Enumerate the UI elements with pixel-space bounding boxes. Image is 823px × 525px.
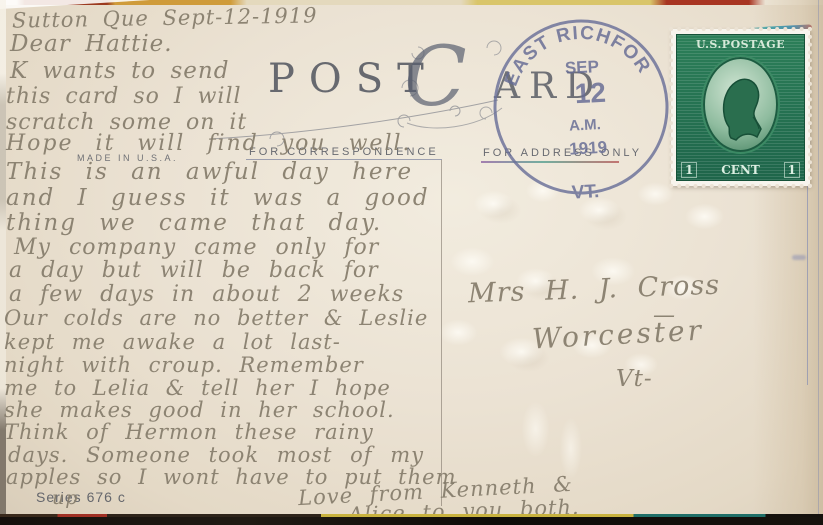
- stamp-portrait-oval: [703, 57, 778, 152]
- address-name: Mrs H. J. Cross: [468, 270, 721, 310]
- postage-stamp: U.S.POSTAGE 1 CENT 1: [671, 29, 810, 186]
- message-line: Our colds are no better & Leslie: [4, 306, 428, 330]
- message-line: night with croup. Remember: [4, 353, 364, 377]
- message-line: up: [52, 487, 78, 509]
- message-line: she makes good in her school.: [4, 398, 395, 422]
- message-line: a few days in about 2 weeks: [9, 282, 404, 307]
- washington-profile: [709, 65, 771, 145]
- postmark-meridiem: A.M.: [569, 116, 602, 135]
- message-line: Sutton Que Sept-12-1919: [12, 3, 318, 32]
- message-line: this card so I will: [6, 84, 242, 109]
- message-line: kept me awake a lot last-: [4, 330, 341, 354]
- message-line: Dear Hattie.: [10, 31, 173, 57]
- postmark-day: 12: [574, 77, 607, 110]
- message-line: Think of Hermon these rainy: [4, 420, 374, 444]
- message-line: days. Someone took most of my: [8, 443, 424, 467]
- stamp-value-left: 1: [681, 162, 697, 178]
- message-line: This is an awful day here: [6, 159, 413, 185]
- scan-edge-bottom-dark: [0, 517, 823, 525]
- postmark-year: 1919: [569, 138, 608, 159]
- stamp-denomination-row: 1 CENT 1: [681, 161, 800, 178]
- postmark-month: SEP: [564, 57, 599, 78]
- address-city: Worcester: [531, 314, 704, 356]
- message-line: K wants to send: [10, 58, 229, 84]
- message-line: and I guess it was a good: [6, 185, 430, 211]
- address-state: Vt-: [616, 366, 653, 392]
- stamp-top-label: U.S.POSTAGE: [677, 38, 804, 51]
- stamp-value-word: CENT: [721, 163, 760, 177]
- series-number-label: Series 676 c: [36, 489, 126, 505]
- postmark-stamp: EAST RICHFORD, SEP 12 A.M. 1919 VT.: [487, 10, 675, 204]
- message-line: My company came only for: [14, 235, 379, 260]
- postage-stamp-body: U.S.POSTAGE 1 CENT 1: [676, 34, 805, 181]
- message-line: me to Lelia & tell her I hope: [4, 376, 391, 400]
- message-line: Hope it will find you well.: [6, 131, 412, 156]
- postcard-scan: POST C ARD FOR CORRESPONDENCE FOR ADDRES…: [0, 0, 823, 525]
- message-line: a day but will be back for: [9, 258, 379, 283]
- divider-line: [441, 160, 442, 506]
- ink-smudge: [792, 255, 806, 260]
- scan-edge-left: [0, 0, 6, 525]
- message-line: thing we came that day.: [6, 210, 382, 236]
- scan-artifact-blue-line: [818, 0, 819, 525]
- postmark-state: VT.: [571, 181, 600, 203]
- stamp-value-right: 1: [784, 162, 800, 178]
